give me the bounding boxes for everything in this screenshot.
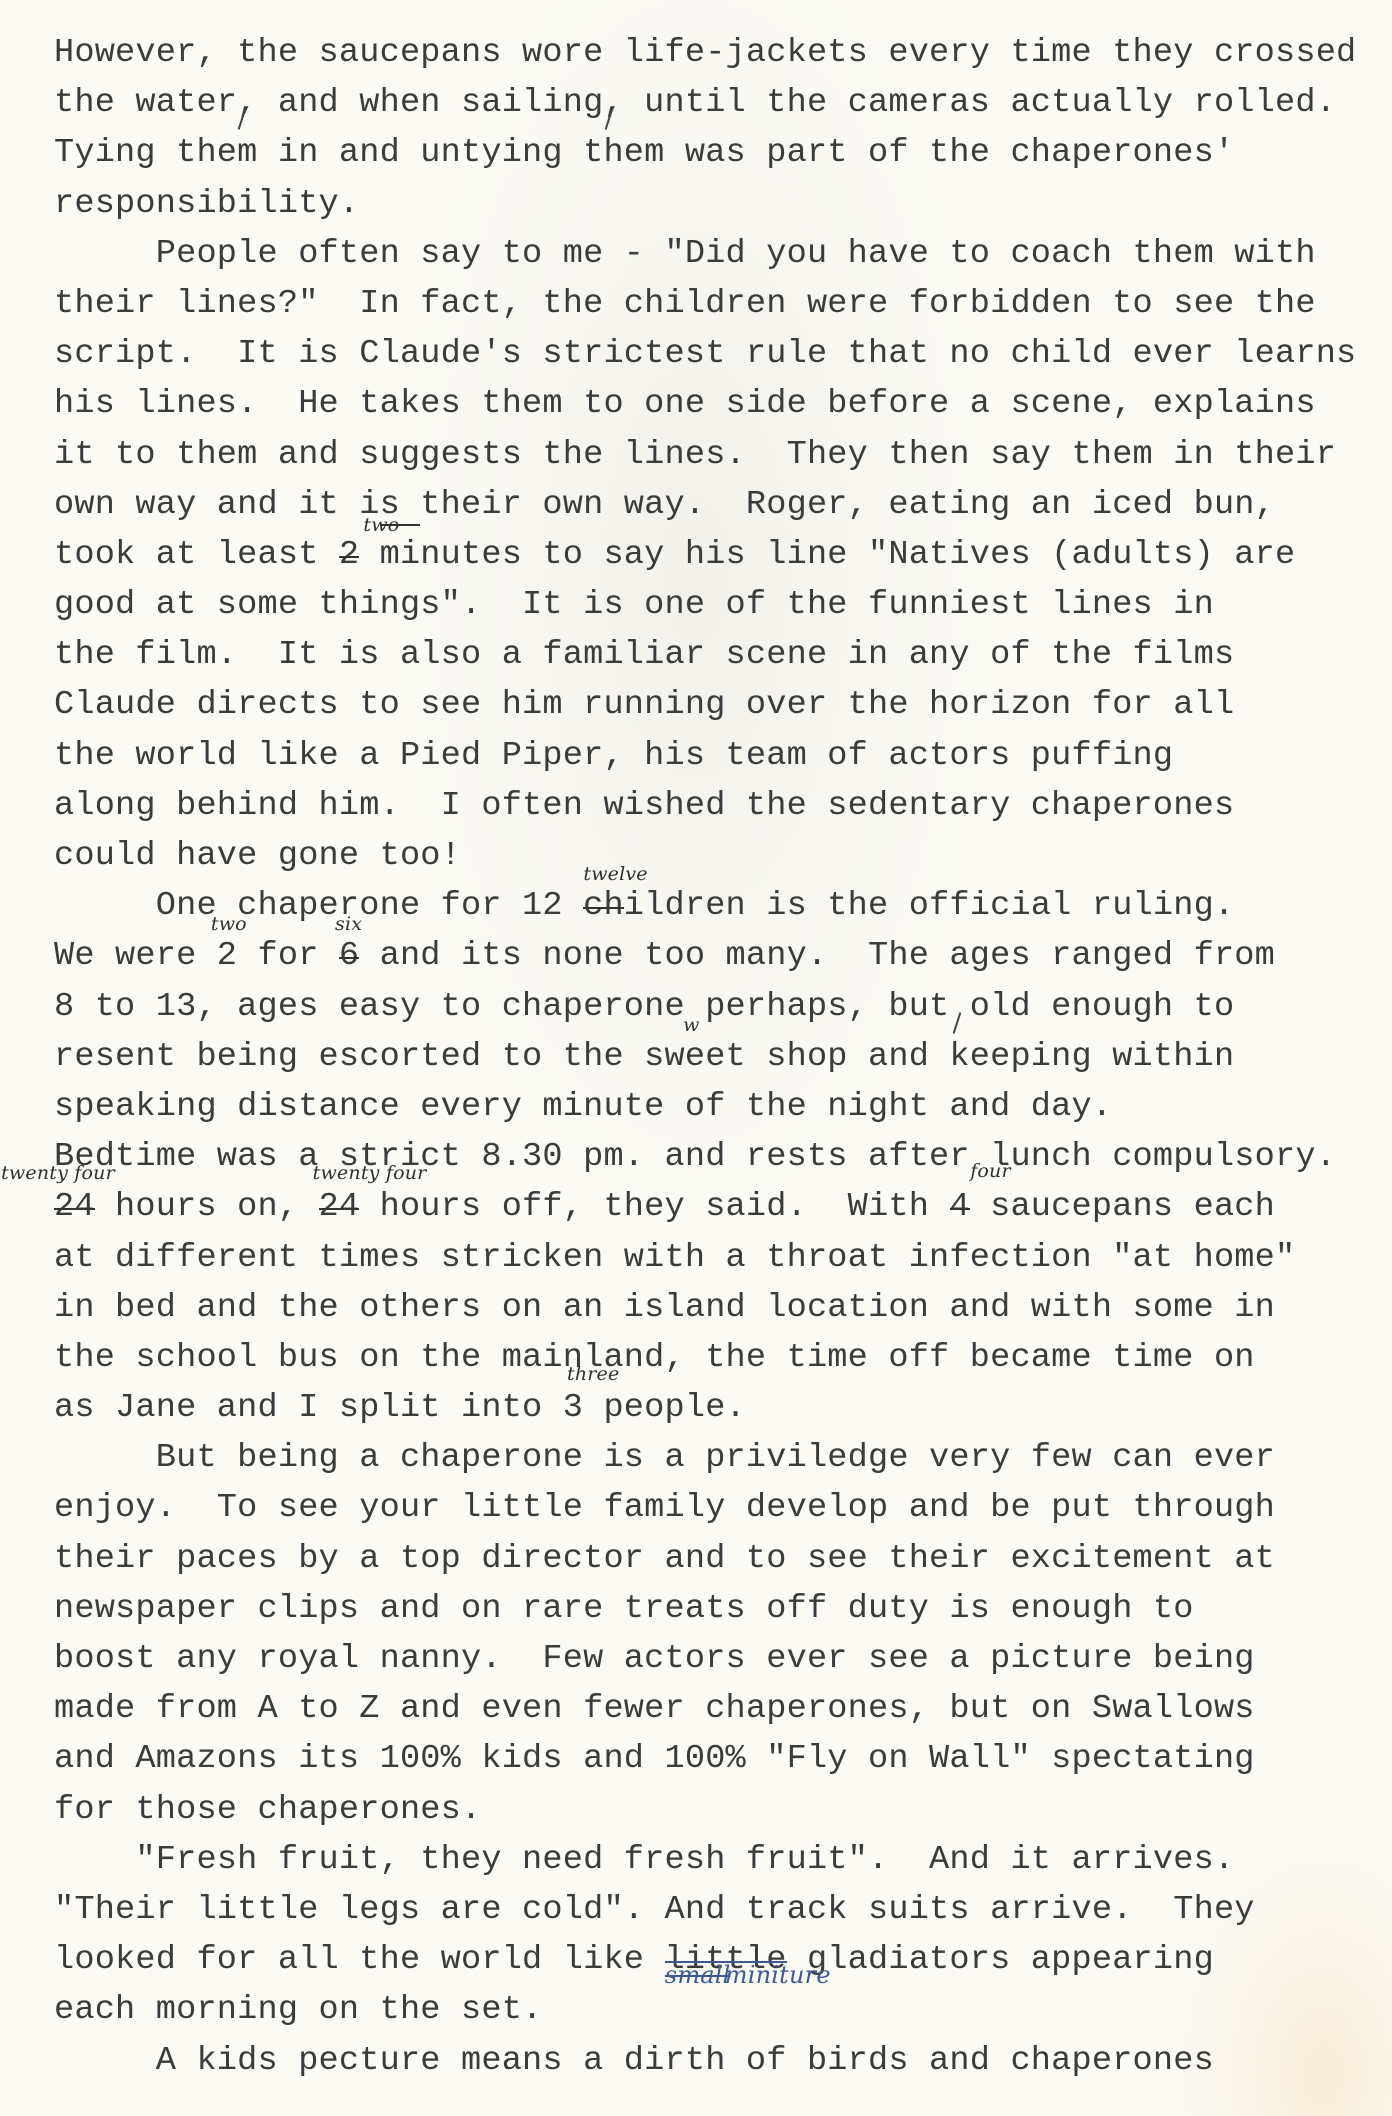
text-line-content: newspaper clips and on rare treats off d… bbox=[54, 1590, 1194, 1628]
text-line: the film. It is also a familiar scene in… bbox=[54, 630, 1374, 680]
text-line: his lines. He takes them to one side bef… bbox=[54, 379, 1374, 429]
text-line: 8 to 13, ages easy to chaperone perhaps,… bbox=[54, 982, 1374, 1032]
strikethrough-mark bbox=[583, 907, 624, 909]
text-line-content: each morning on the set. bbox=[54, 1991, 542, 2029]
text-line: the water, and when sailing, until the c… bbox=[54, 78, 1374, 128]
text-line: at different times stricken with a throa… bbox=[54, 1233, 1374, 1283]
text-line: each morning on the set.minituresmall bbox=[54, 1985, 1374, 2035]
text-line-content: good at some things". It is one of the f… bbox=[54, 586, 1214, 624]
text-line-content: made from A to Z and even fewer chaperon… bbox=[54, 1690, 1255, 1728]
handwritten-annotation: three bbox=[567, 1365, 619, 1384]
text-line-content: took at least 2 minutes to say his line … bbox=[54, 536, 1295, 574]
text-line-content: responsibility. bbox=[54, 185, 359, 223]
text-line-content: Bedtime was a strict 8.30 pm. and rests … bbox=[54, 1138, 1336, 1176]
text-line: We were 2 for 6 and its none too many. T… bbox=[54, 931, 1374, 981]
typewritten-text: However, the saucepans wore life-jackets… bbox=[54, 28, 1374, 2086]
text-line-content: speaking distance every minute of the ni… bbox=[54, 1088, 1112, 1126]
text-line-content: script. It is Claude's strictest rule th… bbox=[54, 335, 1356, 373]
strikethrough-mark bbox=[339, 957, 359, 959]
handwritten-annotation: miniture bbox=[725, 1963, 831, 1987]
text-line: A kids pecture means a dirth of birds an… bbox=[54, 2036, 1374, 2086]
text-line: speaking distance every minute of the ni… bbox=[54, 1082, 1374, 1132]
text-line: enjoy. To see your little family develop… bbox=[54, 1483, 1374, 1533]
text-line-content: the school bus on the mainland, the time… bbox=[54, 1339, 1255, 1377]
strikethrough-mark bbox=[950, 1208, 970, 1210]
text-line-content: looked for all the world like little gla… bbox=[54, 1941, 1214, 1979]
handwritten-annotation: two bbox=[363, 516, 399, 535]
text-line-content: "Their little legs are cold". And track … bbox=[54, 1891, 1255, 1929]
text-line-content: Tying them in and untying them was part … bbox=[54, 134, 1234, 172]
text-line-content: his lines. He takes them to one side bef… bbox=[54, 385, 1316, 423]
text-line: made from A to Z and even fewer chaperon… bbox=[54, 1684, 1374, 1734]
text-line: However, the saucepans wore life-jackets… bbox=[54, 28, 1374, 78]
text-line-content: at different times stricken with a throa… bbox=[54, 1239, 1295, 1277]
text-line-content: However, the saucepans wore life-jackets… bbox=[54, 34, 1356, 72]
text-line-content: the film. It is also a familiar scene in… bbox=[54, 636, 1234, 674]
handwritten-annotation: small bbox=[665, 1963, 731, 1987]
text-line-content: in bed and the others on an island locat… bbox=[54, 1289, 1275, 1327]
text-line-content: "Fresh fruit, they need fresh fruit". An… bbox=[54, 1841, 1234, 1879]
handwritten-annotation: four bbox=[970, 1162, 1011, 1181]
text-line-content: it to them and suggests the lines. They … bbox=[54, 436, 1336, 474]
handwritten-annotation: six bbox=[335, 915, 362, 934]
text-line: the world like a Pied Piper, his team of… bbox=[54, 731, 1374, 781]
text-line-content: enjoy. To see your little family develop… bbox=[54, 1489, 1275, 1527]
strikethrough-mark bbox=[319, 1208, 360, 1210]
text-line: for those chaperones. bbox=[54, 1785, 1374, 1835]
text-line-content: own way and it is their own way. Roger, … bbox=[54, 486, 1275, 524]
text-line: responsibility. bbox=[54, 179, 1374, 229]
text-line: One chaperone for 12 children is the off… bbox=[54, 881, 1374, 931]
text-line: in bed and the others on an island locat… bbox=[54, 1283, 1374, 1333]
text-line: the school bus on the mainland, the time… bbox=[54, 1333, 1374, 1383]
text-line-content: People often say to me - "Did you have t… bbox=[54, 235, 1316, 273]
text-line: 24 hours on, 24 hours off, they said. Wi… bbox=[54, 1182, 1374, 1232]
text-line: "Their little legs are cold". And track … bbox=[54, 1885, 1374, 1935]
text-line: Tying them in and untying them was part … bbox=[54, 128, 1374, 178]
text-line-content: could have gone too! bbox=[54, 837, 461, 875]
text-line-content: their lines?" In fact, the children were… bbox=[54, 285, 1316, 323]
text-line: own way and it is their own way. Roger, … bbox=[54, 480, 1374, 530]
text-line-content: 8 to 13, ages easy to chaperone perhaps,… bbox=[54, 988, 1234, 1026]
text-line: resent being escorted to the sweet shop … bbox=[54, 1032, 1374, 1082]
text-line: their paces by a top director and to see… bbox=[54, 1534, 1374, 1584]
text-line: good at some things". It is one of the f… bbox=[54, 580, 1374, 630]
text-line-content: But being a chaperone is a priviledge ve… bbox=[54, 1439, 1275, 1477]
text-line: as Jane and I split into 3 people.three bbox=[54, 1383, 1374, 1433]
text-line: script. It is Claude's strictest rule th… bbox=[54, 329, 1374, 379]
handwritten-annotation: twenty four bbox=[1, 1164, 115, 1183]
text-line-content: Claude directs to see him running over t… bbox=[54, 686, 1234, 724]
text-line-content: as Jane and I split into 3 people. bbox=[54, 1389, 746, 1427]
text-line-content: along behind him. I often wished the sed… bbox=[54, 787, 1234, 825]
handwritten-annotation: two bbox=[211, 915, 247, 934]
text-line: But being a chaperone is a priviledge ve… bbox=[54, 1433, 1374, 1483]
text-line-content: the water, and when sailing, until the c… bbox=[54, 84, 1336, 122]
strikethrough-mark bbox=[339, 556, 359, 558]
text-line: People often say to me - "Did you have t… bbox=[54, 229, 1374, 279]
text-line-content: the world like a Pied Piper, his team of… bbox=[54, 737, 1173, 775]
text-line-content: resent being escorted to the sweet shop … bbox=[54, 1038, 1234, 1076]
text-line-content: for those chaperones. bbox=[54, 1791, 481, 1829]
handwritten-annotation: twelve bbox=[583, 865, 647, 884]
text-line: boost any royal nanny. Few actors ever s… bbox=[54, 1634, 1374, 1684]
text-line: Claude directs to see him running over t… bbox=[54, 680, 1374, 730]
document-page: However, the saucepans wore life-jackets… bbox=[0, 0, 1392, 2116]
text-line-content: 24 hours on, 24 hours off, they said. Wi… bbox=[54, 1188, 1275, 1226]
text-line: Bedtime was a strict 8.30 pm. and rests … bbox=[54, 1132, 1374, 1182]
handwritten-annotation: w bbox=[683, 1016, 699, 1035]
text-line: "Fresh fruit, they need fresh fruit". An… bbox=[54, 1835, 1374, 1885]
text-line: newspaper clips and on rare treats off d… bbox=[54, 1584, 1374, 1634]
text-line: and Amazons its 100% kids and 100% "Fly … bbox=[54, 1734, 1374, 1784]
text-line-content: and Amazons its 100% kids and 100% "Fly … bbox=[54, 1740, 1255, 1778]
strikethrough-mark bbox=[54, 1208, 95, 1210]
text-line: along behind him. I often wished the sed… bbox=[54, 781, 1374, 831]
text-line-content: A kids pecture means a dirth of birds an… bbox=[54, 2042, 1214, 2080]
text-line: their lines?" In fact, the children were… bbox=[54, 279, 1374, 329]
text-line: could have gone too! bbox=[54, 831, 1374, 881]
handwritten-annotation: twenty four bbox=[313, 1164, 427, 1183]
text-line-content: their paces by a top director and to see… bbox=[54, 1540, 1275, 1578]
text-line-content: We were 2 for 6 and its none too many. T… bbox=[54, 937, 1275, 975]
text-line-content: boost any royal nanny. Few actors ever s… bbox=[54, 1640, 1255, 1678]
text-line: it to them and suggests the lines. They … bbox=[54, 430, 1374, 480]
text-line: took at least 2 minutes to say his line … bbox=[54, 530, 1374, 580]
